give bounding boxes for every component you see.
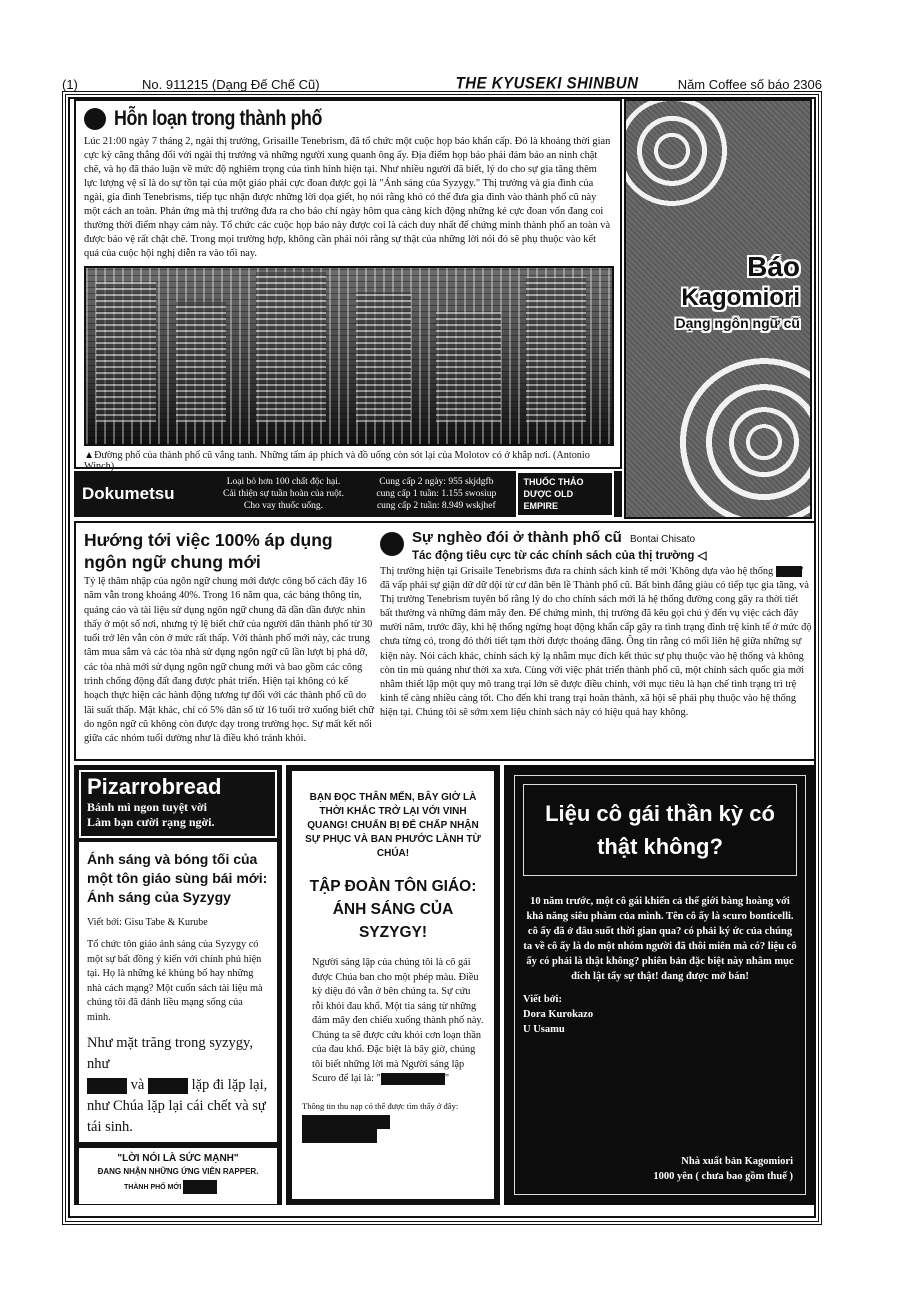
language-article-body: Tỷ lệ thâm nhập của ngôn ngữ chung mới đ… (84, 575, 374, 747)
redaction-block (302, 1129, 377, 1143)
redaction-block (87, 1078, 127, 1094)
bullet-icon (380, 532, 404, 556)
pizarrobread-slogan-1: Bánh mì ngon tuyệt vời (87, 800, 269, 815)
rapper-recruit-ad: "LỜI NÓI LÀ SỨC MẠNH" ĐANG NHẬN NHỮNG ỨN… (79, 1148, 277, 1204)
masthead: (1) No. 911215 (Dạng Đế Chế Cũ) THE KYUS… (62, 68, 822, 92)
poverty-article-subtitle: Tác động tiêu cực từ các chính sách của … (412, 549, 706, 564)
book-title: Ánh sáng và bóng tối của một tôn giáo sù… (87, 850, 269, 907)
badge-line: DƯỢC OLD EMPIRE (524, 488, 606, 512)
cult-body-text: Người sáng lập của chúng tôi là cô gái đ… (312, 957, 483, 1084)
body-part: ' đã vấp phải sự giận dữ dữ dội từ cư dâ… (380, 566, 811, 718)
poverty-article-title: Sự nghèo đói ở thành phố cũ (412, 529, 622, 546)
syzygy-cult-ad: BẠN ĐỌC THÂN MẾN, BÂY GIỜ LÀ THỜI KHẮC T… (292, 771, 494, 1199)
redaction-block (381, 1073, 445, 1085)
bullet-icon (84, 108, 106, 130)
middle-articles: Hướng tới việc 100% áp dụng ngôn ngữ chu… (74, 521, 816, 761)
poster-line-3: Dạng ngôn ngữ cũ (626, 315, 800, 331)
lead-article: Hỗn loạn trong thành phố Lúc 21:00 ngày … (74, 99, 622, 469)
author-name: Dora Kurokazo (523, 1007, 797, 1022)
miracle-girl-book-ad: Liệu cô gái thần kỳ có thật không? 10 nă… (514, 775, 806, 1195)
badge-line: THUỐC THẢO (524, 476, 606, 488)
rapper-line: ĐANG NHẬN NHỮNG ỨNG VIÊN RAPPER. (84, 1167, 272, 1176)
rapper-slogan: "LỜI NÓI LÀ SỨC MẠNH" (84, 1153, 272, 1164)
price-line: cung cấp 1 tuần: 1.155 swosiup (365, 488, 507, 500)
body-part: Thị trường hiện tại Grisaile Tenebrisms … (380, 566, 773, 577)
book-price: 1000 yên ( chưa bao gồm thuế ) (653, 1169, 793, 1184)
feature-line: Cho vay thuốc uống. (210, 500, 357, 512)
pizarrobread-slogan-2: Làm bạn cười rạng ngời. (87, 815, 269, 830)
price-line: cung cấp 2 tuần: 8.949 wskjhef (365, 500, 507, 512)
price-line: Cung cấp 2 ngày: 955 skjdgfb (365, 476, 507, 488)
poverty-article-body: Thị trường hiện tại Grisaile Tenebrisms … (380, 565, 812, 720)
dokumetsu-brand: Dokumetsu (82, 484, 200, 504)
author-name: U Usamu (523, 1022, 797, 1037)
edition-label: Năm Coffee số báo 2306 (672, 77, 822, 92)
miracle-girl-description: 10 năm trước, một cô gái khiến cả thế gi… (523, 894, 797, 984)
poverty-article-author: Bontai Chisato (630, 534, 695, 545)
cult-info-redaction (302, 1115, 484, 1143)
right-ad-column: Liệu cô gái thần kỳ có thật không? 10 nă… (504, 765, 816, 1205)
pizarrobread-ad: Pizarrobread Bánh mì ngon tuyệt vời Làm … (79, 770, 277, 838)
poverty-article: Sự nghèo đói ở thành phố cũ Bontai Chisa… (380, 529, 812, 720)
poster-line-2: Kagomiori (626, 283, 800, 313)
language-article: Hướng tới việc 100% áp dụng ngôn ngữ chu… (84, 529, 374, 747)
rapper-city-label: THÀNH PHỐ MỚI (124, 1184, 181, 1191)
redaction-block (776, 566, 802, 577)
book-quote: Như mặt trăng trong syzygy, như và lặp đ… (87, 1033, 269, 1138)
authors-label: Viết bởi: (523, 992, 797, 1007)
quote-part: và (131, 1077, 145, 1093)
lead-article-body: Lúc 21:00 ngày 7 tháng 2, ngài thị trưởn… (84, 135, 612, 261)
miracle-girl-publisher: Nhà xuất bản Kagomiori 1000 yên ( chưa b… (653, 1154, 793, 1184)
redaction-block (148, 1078, 188, 1094)
rapper-city: THÀNH PHỐ MỚI (84, 1180, 272, 1194)
cult-body-close: " (445, 1073, 449, 1084)
poster-line-1: Báo (626, 251, 800, 283)
language-article-title: Hướng tới việc 100% áp dụng ngôn ngữ chu… (84, 529, 374, 573)
feature-line: Loại bỏ hơn 100 chất độc hại. (210, 476, 357, 488)
city-street-photo (84, 266, 614, 446)
middle-ad-column: BẠN ĐỌC THÂN MẾN, BÂY GIỜ LÀ THỜI KHẮC T… (286, 765, 500, 1205)
pizarrobread-brand: Pizarrobread (87, 774, 269, 800)
cult-body: Người sáng lập của chúng tôi là cô gái đ… (302, 956, 484, 1087)
miracle-girl-authors: Viết bởi: Dora Kurokazo U Usamu (523, 992, 797, 1037)
dokumetsu-features: Loại bỏ hơn 100 chất độc hại. Cải thiện … (210, 476, 357, 512)
old-empire-badge: THUỐC THẢO DƯỢC OLD EMPIRE (516, 471, 614, 517)
book-description: Tổ chức tôn giáo ánh sáng của Syzygy có … (87, 938, 269, 1025)
quote-part: Như mặt trăng trong syzygy, như (87, 1035, 253, 1072)
book-author: Viết bởi: Gisu Tabe & Kurube (87, 917, 269, 928)
kagomiori-poster: Báo Kagomiori Dạng ngôn ngữ cũ (624, 99, 812, 519)
dokumetsu-prices: Cung cấp 2 ngày: 955 skjdgfb cung cấp 1 … (365, 476, 507, 512)
left-ad-column: Pizarrobread Bánh mì ngon tuyệt vời Làm … (74, 765, 282, 1205)
cult-intro: BẠN ĐỌC THÂN MẾN, BÂY GIỜ LÀ THỜI KHẮC T… (302, 791, 484, 861)
quote-part: lặp đi lặp (192, 1077, 246, 1093)
lead-article-title: Hỗn loạn trong thành phố (114, 107, 322, 131)
cult-info-label: Thông tin thu nạp có thể được tìm thấy ở… (302, 1101, 484, 1111)
publisher-name: Nhà xuất bản Kagomiori (653, 1154, 793, 1169)
dokumetsu-ad: Dokumetsu Loại bỏ hơn 100 chất độc hại. … (74, 471, 622, 517)
redaction-block (183, 1180, 217, 1194)
page-number: (1) (62, 77, 142, 92)
bottom-ads: Pizarrobread Bánh mì ngon tuyệt vời Làm … (74, 765, 816, 1211)
feature-line: Cải thiện sự tuần hoàn của ruột. (210, 488, 357, 500)
miracle-girl-title: Liệu cô gái thần kỳ có thật không? (523, 784, 797, 876)
photo-caption: ▲Đường phố của thành phố cũ vắng tanh. N… (84, 450, 612, 472)
redaction-block (302, 1115, 390, 1129)
cult-title: TẬP ĐOÀN TÔN GIÁO: ÁNH SÁNG CỦA SYZYGY! (302, 875, 484, 944)
issue-number: No. 911215 (Dạng Đế Chế Cũ) (142, 77, 422, 92)
book-ad: Ánh sáng và bóng tối của một tôn giáo sù… (79, 842, 277, 1142)
